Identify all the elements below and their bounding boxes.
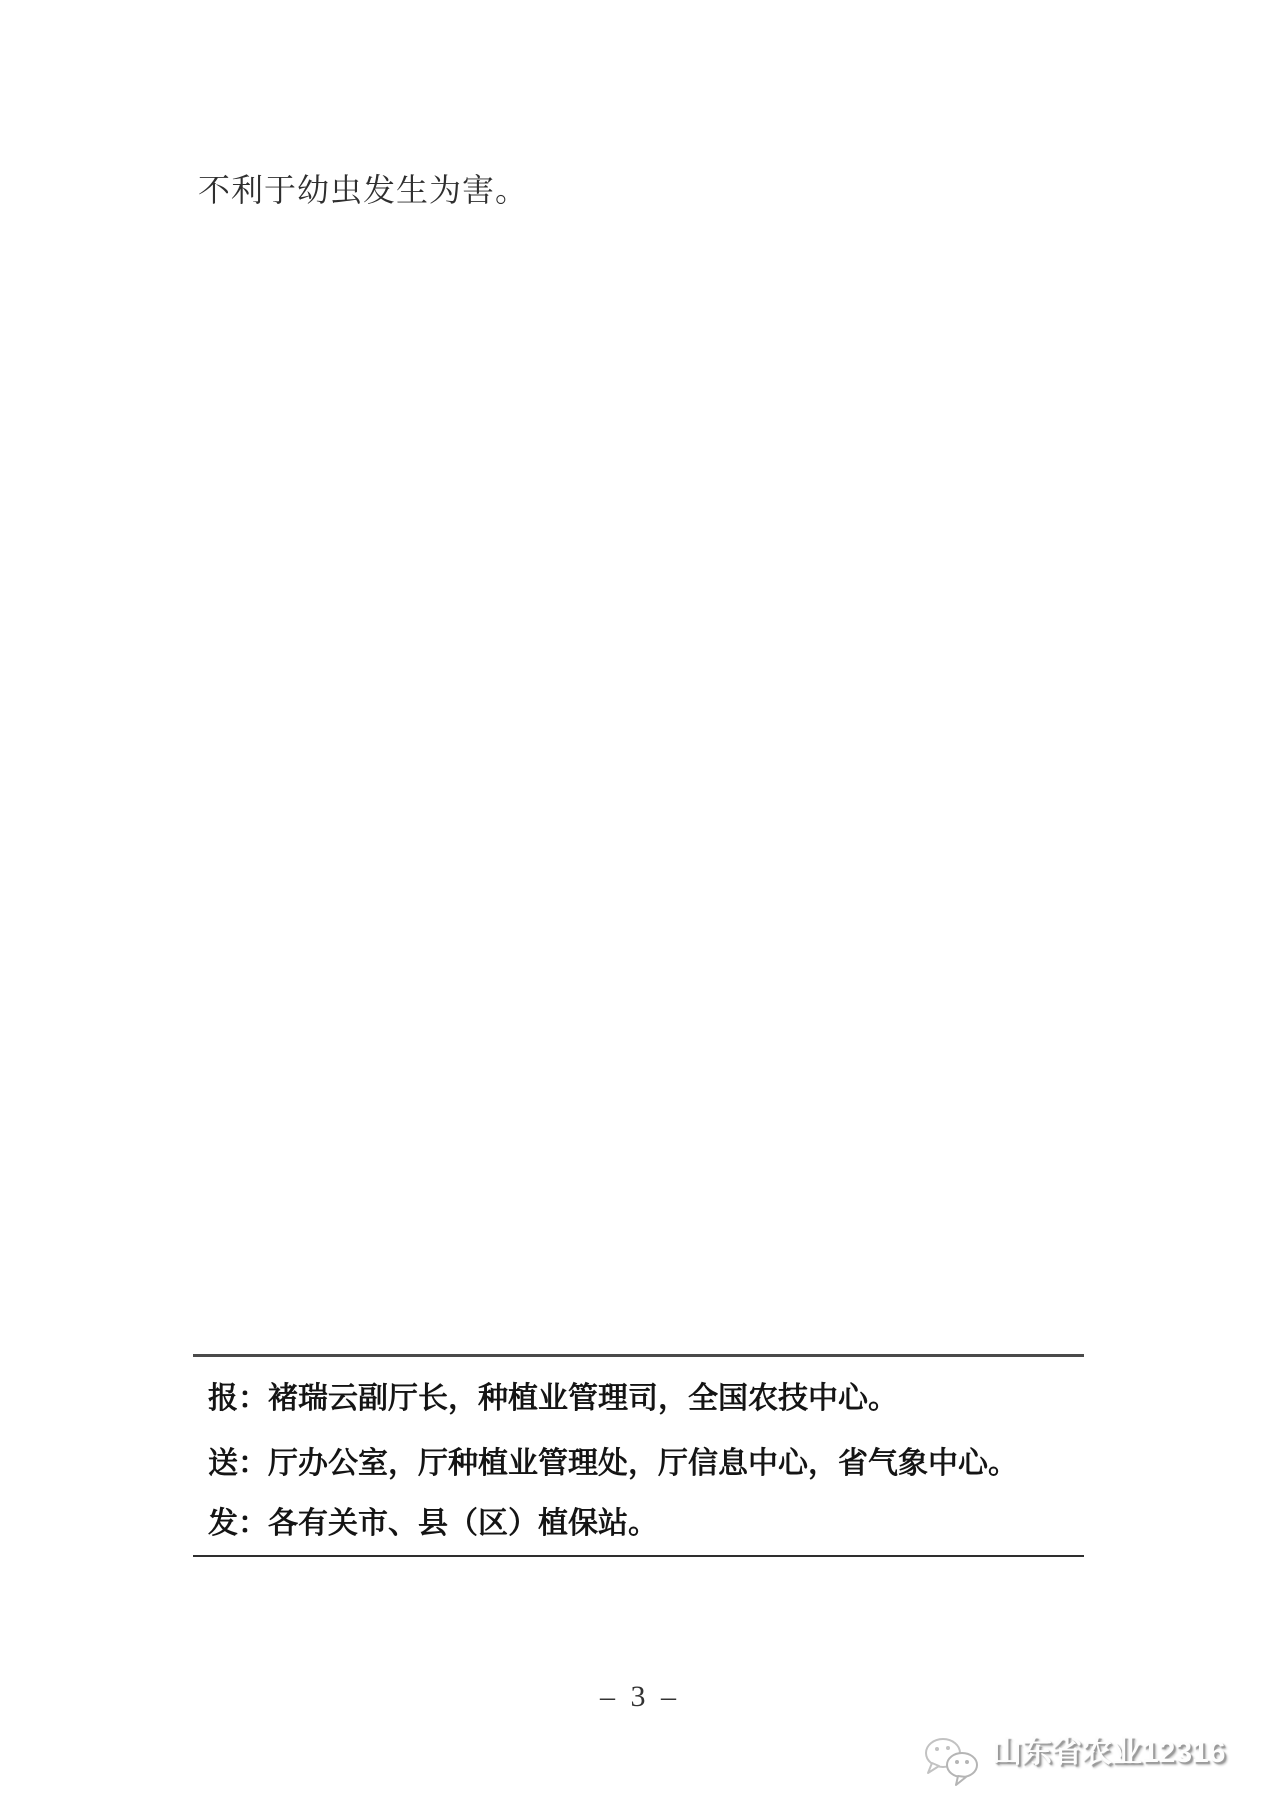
distribution-block-bottom-rule	[193, 1555, 1084, 1557]
distribution-line-issue: 发：各有关市、县（区）植保站。	[208, 1506, 658, 1542]
page-number: – 3 –	[0, 1680, 1280, 1714]
wechat-icon	[922, 1736, 984, 1792]
watermark: 山东省农业12316	[922, 1736, 1225, 1792]
body-paragraph: 不利于幼虫发生为害。	[198, 170, 528, 210]
distribution-line-send: 送：厅办公室，厅种植业管理处，厅信息中心，省气象中心。	[208, 1446, 1018, 1482]
document-page: 不利于幼虫发生为害。 报：褚瑞云副厅长，种植业管理司，全国农技中心。 送：厅办公…	[0, 0, 1280, 1810]
distribution-block-top-rule	[193, 1354, 1084, 1357]
watermark-label: 山东省农业12316	[992, 1736, 1225, 1770]
distribution-line-report: 报：褚瑞云副厅长，种植业管理司，全国农技中心。	[208, 1381, 898, 1417]
